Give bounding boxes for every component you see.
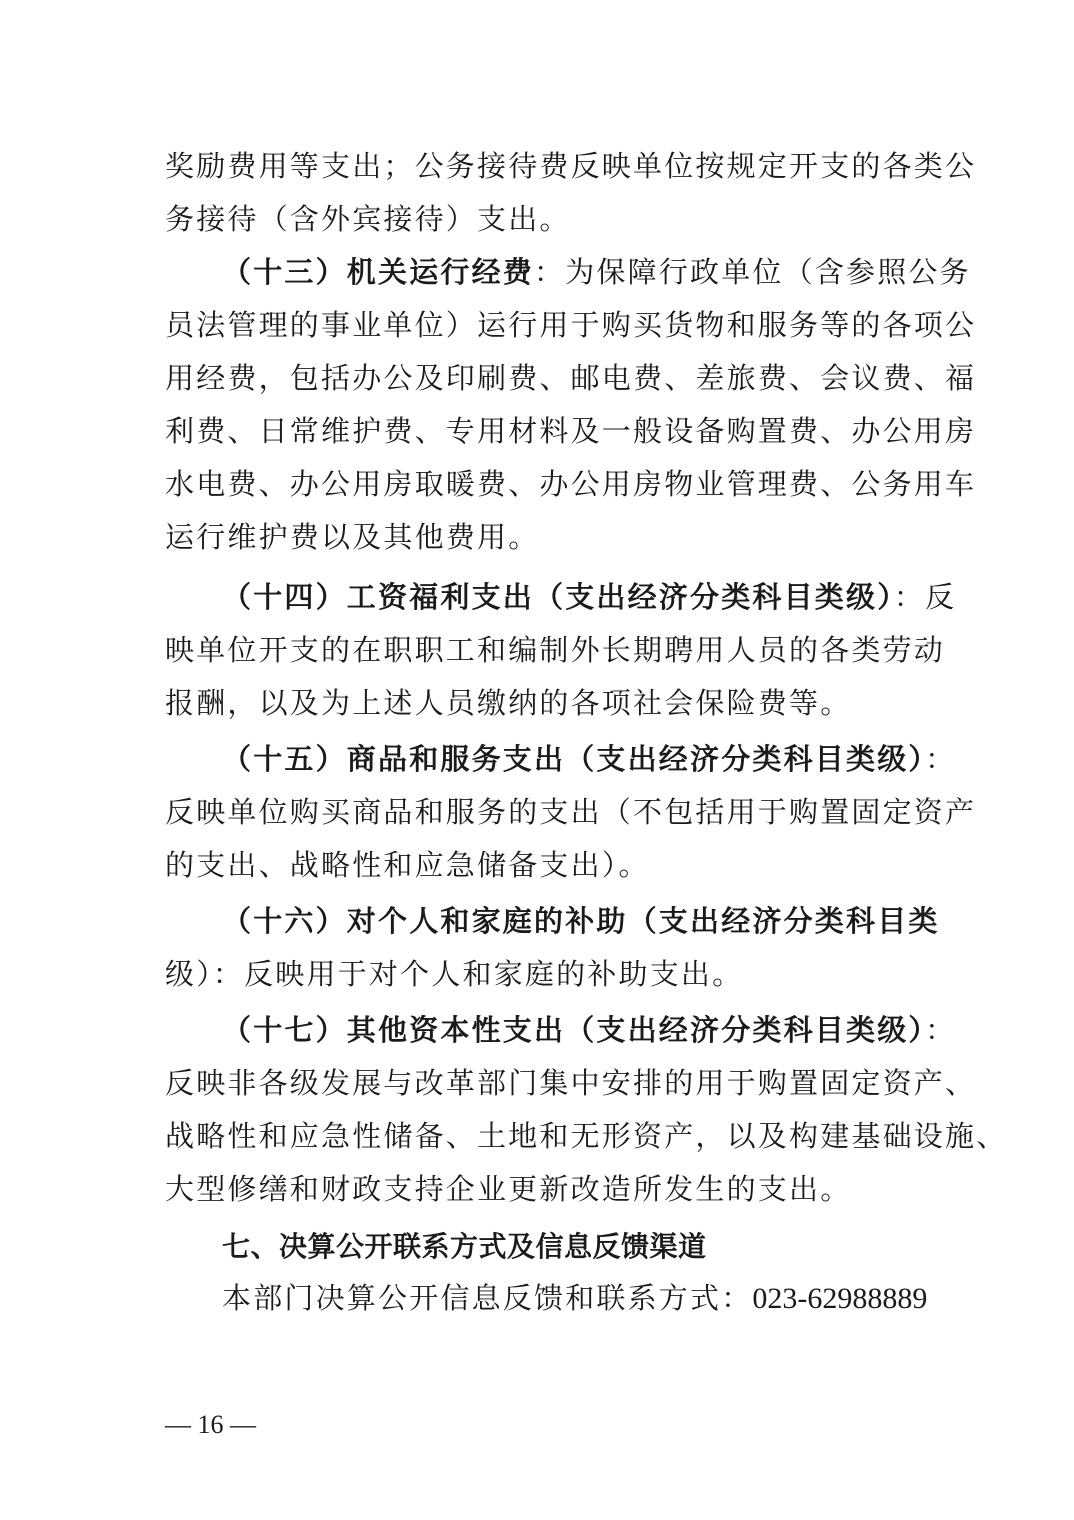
paragraph-line: 水电费、办公用房取暖费、办公用房物业管理费、公务用车 <box>165 466 915 502</box>
item-14-text: ：反 <box>894 580 956 614</box>
item-15-label: （十五）商品和服务支出（支出经济分类科目类级） <box>222 742 925 776</box>
paragraph-line: 用经费，包括办公及印刷费、邮电费、差旅费、会议费、福 <box>165 360 915 396</box>
paragraph-line: 报酬，以及为上述人员缴纳的各项社会保险费等。 <box>165 685 915 721</box>
paragraph-line: 反映单位购买商品和服务的支出（不包括用于购置固定资产 <box>165 794 915 830</box>
paragraph-line: 利费、日常维护费、专用材料及一般设备购置费、办公用房 <box>165 413 915 449</box>
item-17-label: （十七）其他资本性支出（支出经济分类科目类级） <box>222 1013 925 1047</box>
item-13-label: （十三）机关运行经费 <box>222 255 534 289</box>
section-7-heading: 七、决算公开联系方式及信息反馈渠道 <box>222 1229 915 1265</box>
paragraph-line: 战略性和应急性储备、土地和无形资产，以及构建基础设施、 <box>165 1118 915 1154</box>
paragraph-line: 的支出、战略性和应急储备支出）。 <box>165 847 915 883</box>
paragraph-line: 映单位开支的在职职工和编制外长期聘用人员的各类劳动 <box>165 632 915 668</box>
item-17-first-line: （十七）其他资本性支出（支出经济分类科目类级）： <box>222 1012 915 1048</box>
paragraph-line: 务接待（含外宾接待）支出。 <box>165 201 915 237</box>
paragraph-line: 反映非各级发展与改革部门集中安排的用于购置固定资产、 <box>165 1065 915 1101</box>
contact-label: 本部门决算公开信息反馈和联系方式： <box>222 1281 752 1315</box>
item-16-label: （十六）对个人和家庭的补助（支出经济分类科目类 <box>222 904 940 938</box>
item-13-text: ：为保障行政单位（含参照公务 <box>534 255 971 289</box>
item-14-first-line: （十四）工资福利支出（支出经济分类科目类级）：反 <box>222 579 915 615</box>
item-14-label: （十四）工资福利支出（支出经济分类科目类级） <box>222 580 894 614</box>
contact-phone: 023-62988889 <box>752 1282 927 1315</box>
paragraph-line: 级）：反映用于对个人和家庭的补助支出。 <box>165 956 915 992</box>
item-15-text: ： <box>925 742 956 776</box>
contact-line: 本部门决算公开信息反馈和联系方式：023-62988889 <box>222 1280 915 1317</box>
paragraph-line: 奖励费用等支出；公务接待费反映单位按规定开支的各类公 <box>165 148 915 184</box>
item-13-first-line: （十三）机关运行经费：为保障行政单位（含参照公务 <box>222 254 915 290</box>
paragraph-line: 运行维护费以及其他费用。 <box>165 519 915 555</box>
paragraph-line: 员法管理的事业单位）运行用于购买货物和服务等的各项公 <box>165 307 915 343</box>
item-15-first-line: （十五）商品和服务支出（支出经济分类科目类级）： <box>222 741 915 777</box>
item-17-text: ： <box>925 1013 956 1047</box>
document-page: 奖励费用等支出；公务接待费反映单位按规定开支的各类公 务接待（含外宾接待）支出。… <box>0 0 1074 1520</box>
page-number: — 16 — <box>165 1410 256 1440</box>
item-16-first-line: （十六）对个人和家庭的补助（支出经济分类科目类 <box>222 903 915 939</box>
paragraph-line: 大型修缮和财政支持企业更新改造所发生的支出。 <box>165 1171 915 1207</box>
